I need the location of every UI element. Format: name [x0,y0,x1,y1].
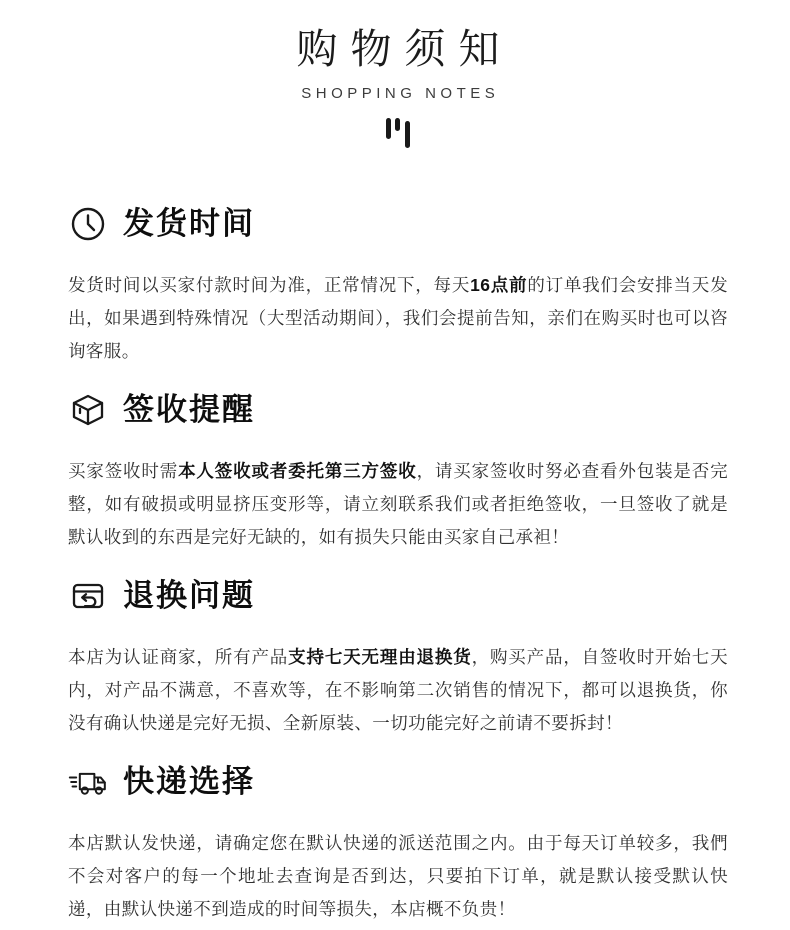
section-body: 本店默认发快递，请确定您在默认快递的派送范围之内。由于每天订单较多，我們不会对客… [68,827,728,926]
bar-mark [395,118,400,131]
triple-bars-icon [68,118,728,150]
page-title: 购物须知 [68,26,728,72]
body-text: 本店默认发快递，请确定您在默认快递的派送范围之内。由于每天订单较多，我們不会对客… [68,833,728,919]
delivery-truck-icon [68,762,108,802]
section-body: 本店为认证商家，所有产品支持七天无理由退换货，购买产品，自签收时开始七天内，对产… [68,641,728,740]
body-text-bold: 支持七天无理由退换货 [288,647,471,667]
body-text-bold: 本人签收或者委托第三方签收 [178,461,417,481]
bar-mark [386,118,391,139]
section-title: 签收提醒 [123,390,255,430]
body-text: 发货时间以买家付款时间为准，正常情况下，每天 [68,275,470,295]
section-body: 发货时间以买家付款时间为准，正常情况下，每天16点前的订单我们会安排当天发出，如… [68,269,728,368]
body-text-bold: 16点前 [470,275,527,295]
section-courier-choice: 快递选择 本店默认发快递，请确定您在默认快递的派送范围之内。由于每天订单较多，我… [68,762,728,926]
section-heading: 签收提醒 [68,390,728,430]
clock-icon [68,204,108,244]
section-heading: 快递选择 [68,762,728,802]
section-title: 发货时间 [123,204,255,244]
package-box-icon [68,390,108,430]
return-box-icon [68,576,108,616]
section-title: 退换问题 [123,576,255,616]
section-heading: 退换问题 [68,576,728,616]
bar-mark [405,121,410,148]
body-text: 买家签收时需 [68,461,178,481]
section-returns: 退换问题 本店为认证商家，所有产品支持七天无理由退换货，购买产品，自签收时开始七… [68,576,728,740]
page-subtitle: SHOPPING NOTES [68,85,728,103]
section-heading: 发货时间 [68,204,728,244]
section-shipping-time: 发货时间 发货时间以买家付款时间为准，正常情况下，每天16点前的订单我们会安排当… [68,204,728,368]
body-text: 本店为认证商家，所有产品 [68,647,288,667]
page-header: 购物须知 SHOPPING NOTES [68,26,728,150]
section-title: 快递选择 [123,762,255,802]
section-body: 买家签收时需本人签收或者委托第三方签收，请买家签收时努必查看外包装是否完整，如有… [68,455,728,554]
section-sign-reminder: 签收提醒 买家签收时需本人签收或者委托第三方签收，请买家签收时努必查看外包装是否… [68,390,728,554]
shopping-notes-page: 购物须知 SHOPPING NOTES 发货时间 发货时间以买家付款时间为准，正… [0,0,790,930]
